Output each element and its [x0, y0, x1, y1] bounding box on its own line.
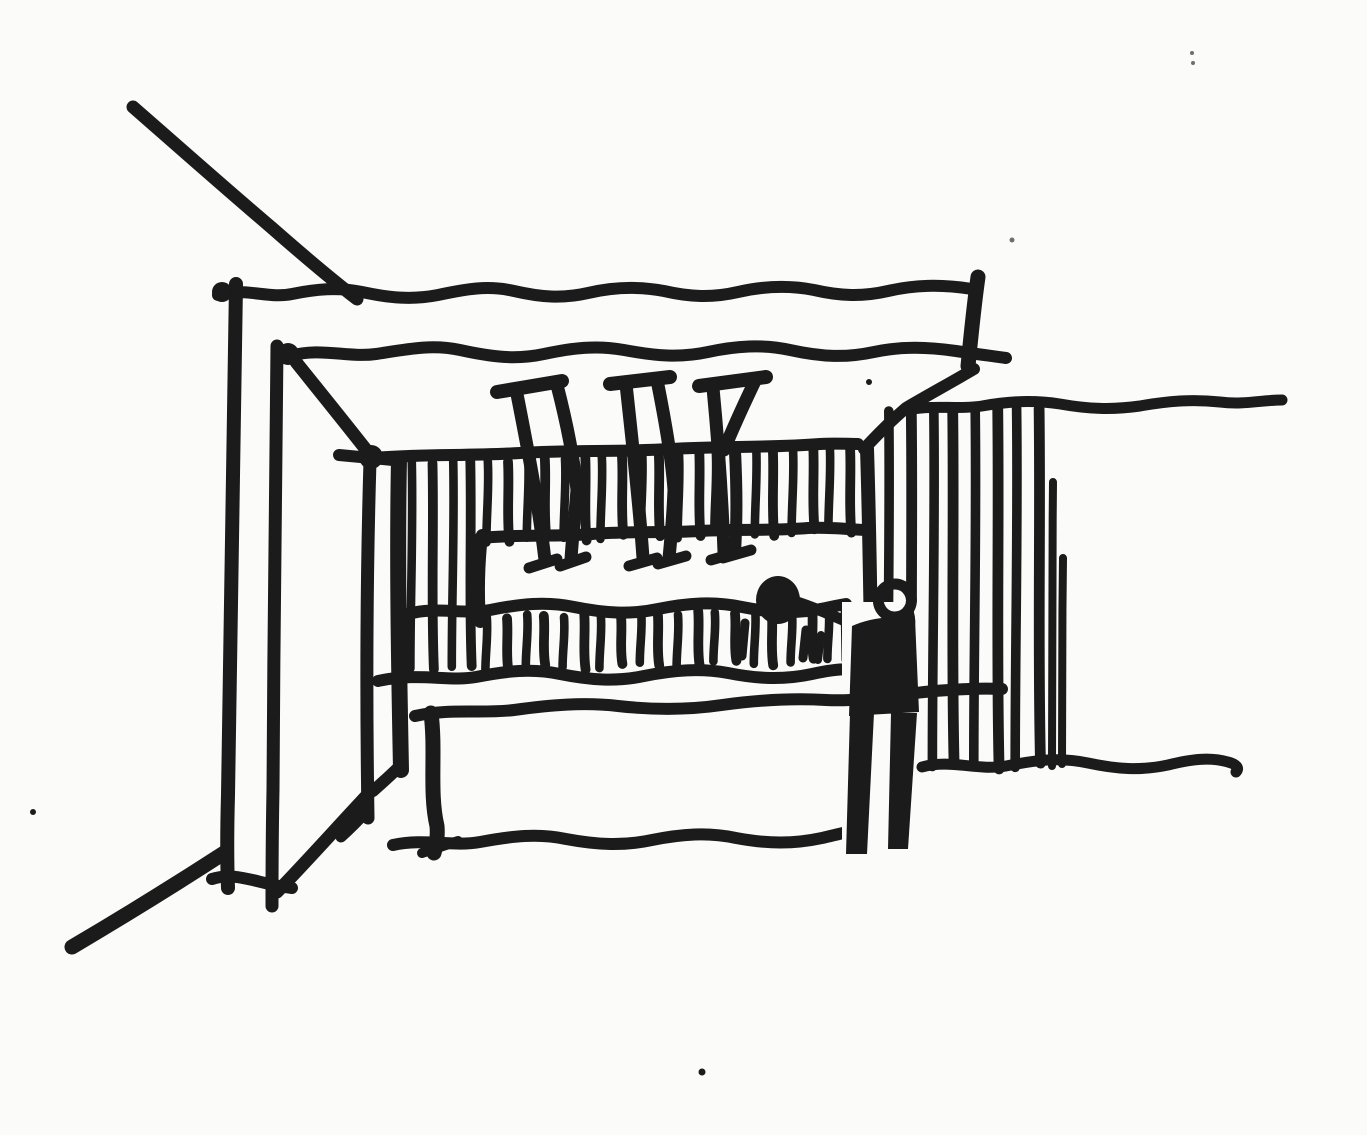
roof-left-junction-blob [359, 445, 383, 469]
ink-speck-top-right-a [1190, 51, 1194, 55]
standing-figure-torso [849, 617, 919, 716]
truss-2-right-foot [658, 556, 686, 564]
ink-speck-top-right-b [1191, 61, 1195, 65]
sketch-sheet [0, 0, 1367, 1135]
truss-3-right-foot [723, 550, 751, 558]
right-slat-extra-2 [1062, 558, 1063, 764]
left-front-post [398, 459, 401, 770]
seated-figure-hand-stroke-1 [742, 623, 745, 656]
truss-3-right-leg-lower [735, 452, 737, 552]
left-corner-post [367, 461, 370, 818]
ink-speck-bottom-center [699, 1069, 706, 1076]
right-slat-extra-1 [1052, 482, 1053, 766]
left-post-outer [227, 284, 236, 888]
left-post-inner [272, 346, 277, 906]
sketch-svg [0, 0, 1367, 1135]
eave-start-blob [277, 343, 299, 365]
seated-figure-hand-stroke-3 [818, 635, 821, 660]
counter-left-leg [431, 713, 437, 853]
ink-speck-left-margin [30, 809, 36, 815]
ink-speck-roof [866, 379, 872, 385]
post-top-junction-blob [212, 282, 232, 302]
ink-speck-above-gable [1010, 238, 1015, 243]
seated-figure-hand-stroke-2 [803, 630, 806, 658]
right-gable-post [968, 277, 978, 366]
